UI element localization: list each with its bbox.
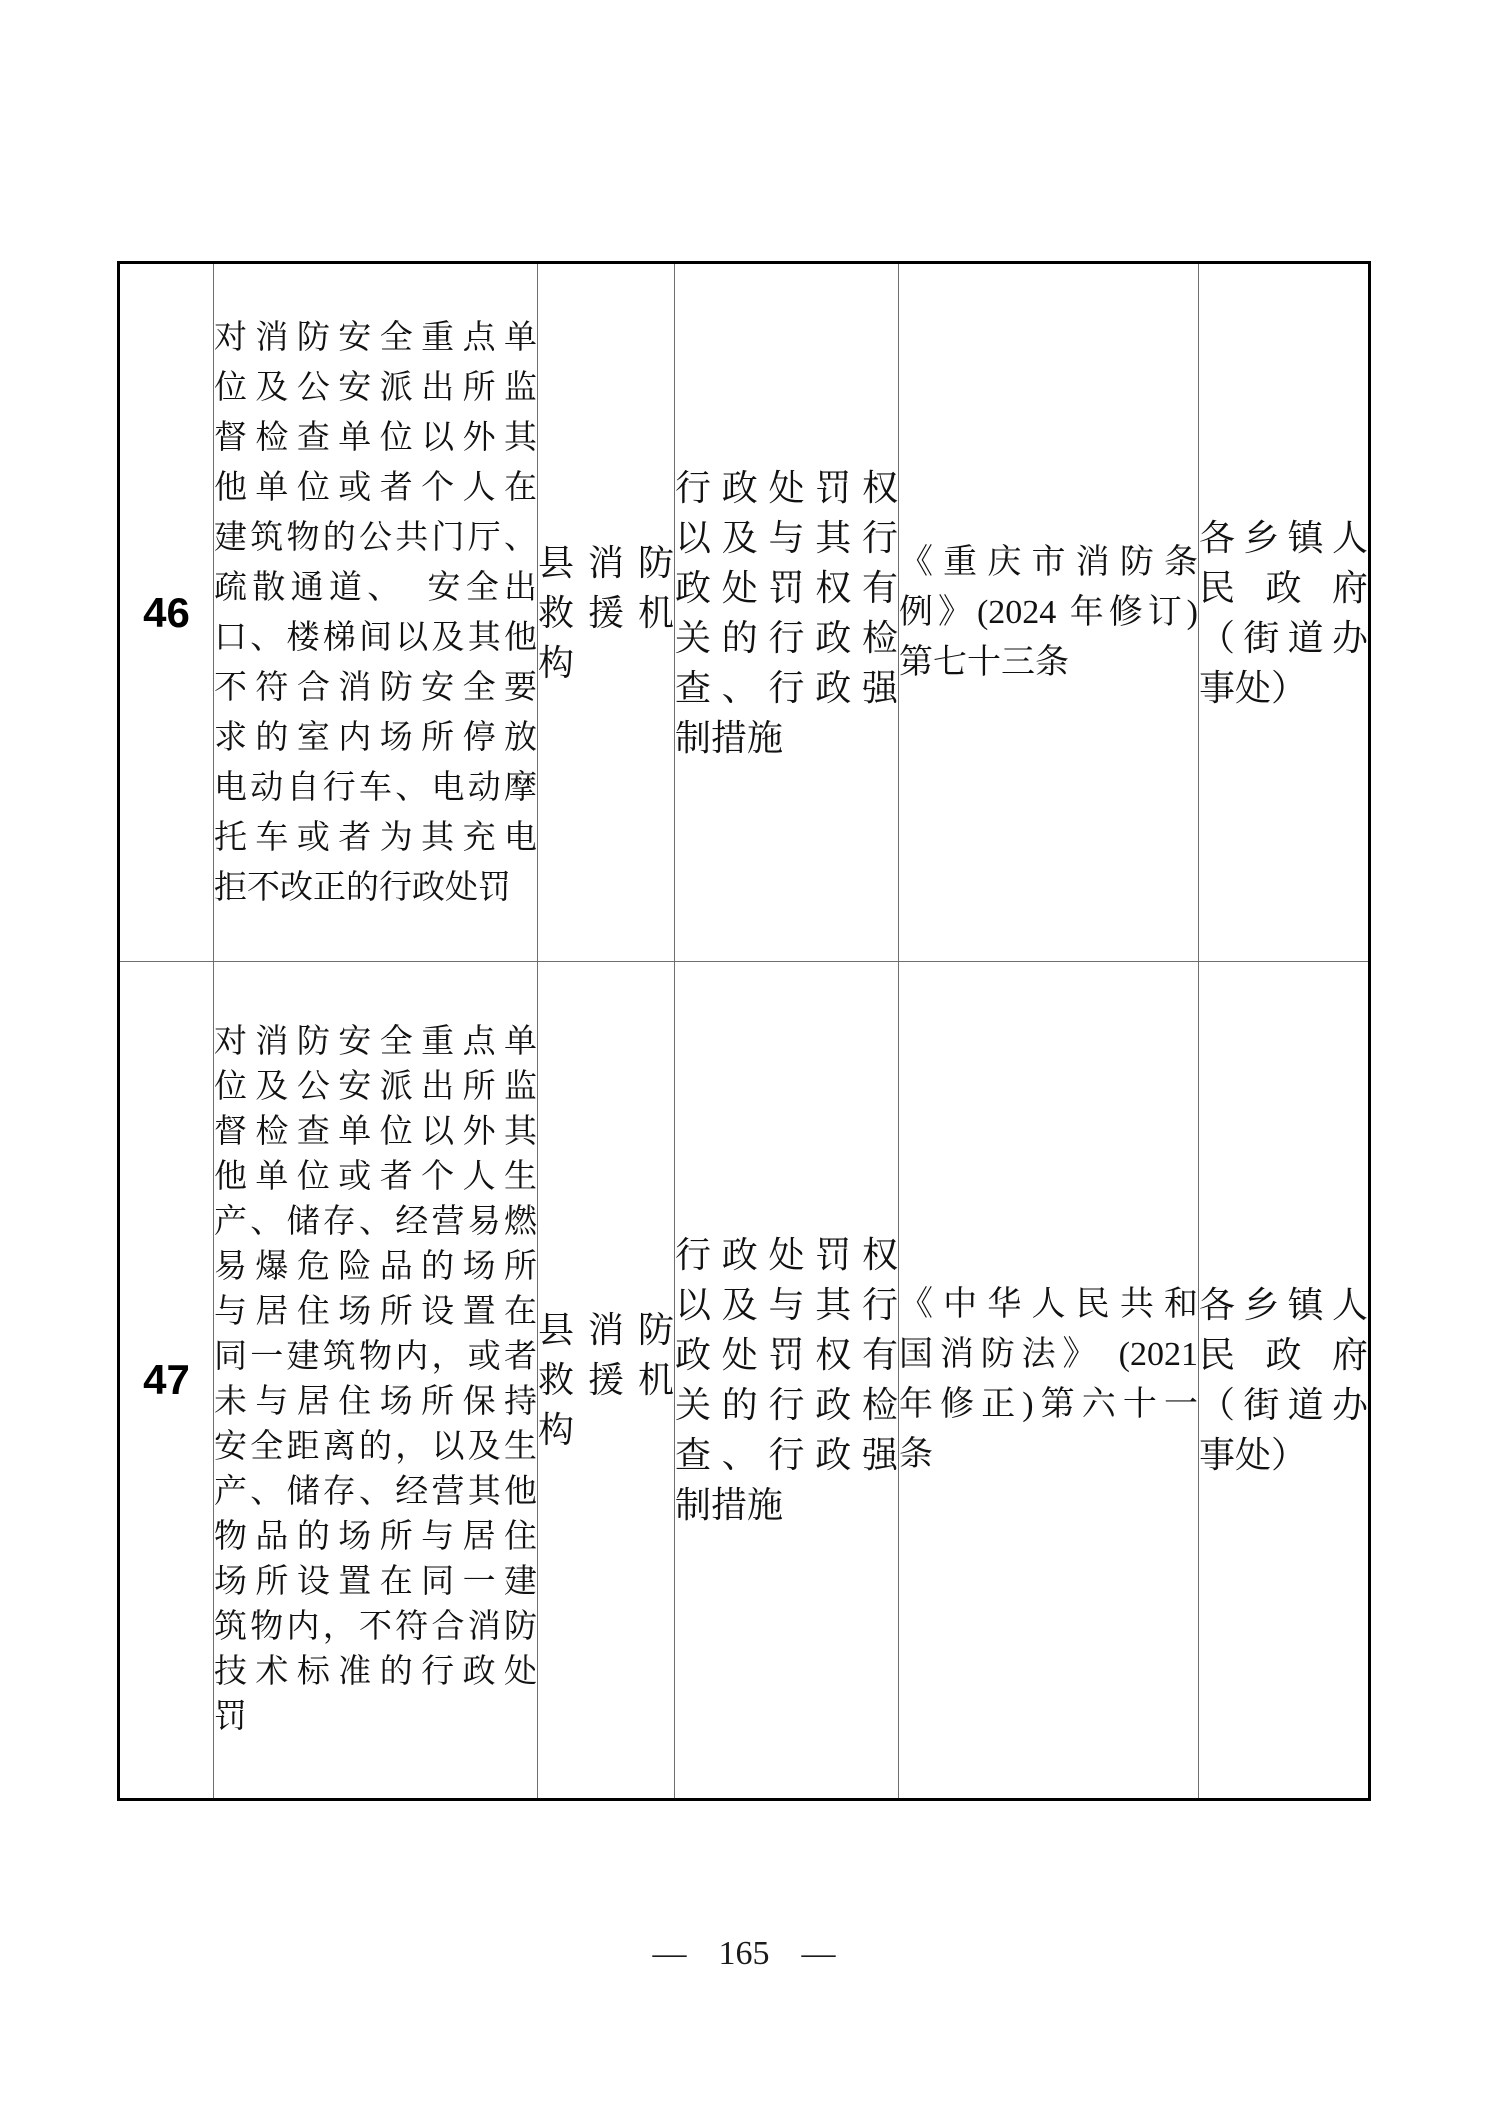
row-number-cell: 47 <box>119 962 214 1800</box>
matter-text: 对消防安全重点单位及公安派出所监督检查单位以外其他单位或者个人生产、储存、经营易… <box>214 1020 537 1740</box>
row-number: 47 <box>143 1356 190 1403</box>
agency-cell: 县消防救援机构 <box>538 962 675 1800</box>
matter-cell: 对消防安全重点单位及公安派出所监督检查单位以外其他单位或者个人在建筑物的公共门厅… <box>214 263 538 962</box>
agency-text: 县消防救援机构 <box>538 538 674 688</box>
page-number: 165 <box>719 1934 770 1974</box>
implementer-cell: 各乡镇人民政府（街道办事处） <box>1199 263 1370 962</box>
table-row: 47 对消防安全重点单位及公安派出所监督检查单位以外其他单位或者个人生产、储存、… <box>119 962 1370 1800</box>
legal-basis-cell: 《重庆市消防条例》(2024 年修订)第七十三条 <box>899 263 1199 962</box>
agency-text: 县消防救援机构 <box>538 1305 674 1455</box>
matter-text: 对消防安全重点单位及公安派出所监督检查单位以外其他单位或者个人在建筑物的公共门厅… <box>214 313 537 913</box>
powers-text: 行政处罚权以及与其行政处罚权有关的行政检查、行政强制措施 <box>675 1230 898 1530</box>
powers-cell: 行政处罚权以及与其行政处罚权有关的行政检查、行政强制措施 <box>675 962 899 1800</box>
legal-basis-text: 《重庆市消防条例》(2024 年修订)第七十三条 <box>899 538 1198 688</box>
legal-basis-text: 《中华人民共和国消防法》 (2021年修正)第六十一条 <box>899 1280 1198 1480</box>
implementer-text: 各乡镇人民政府（街道办事处） <box>1199 1280 1368 1480</box>
matter-cell: 对消防安全重点单位及公安派出所监督检查单位以外其他单位或者个人生产、储存、经营易… <box>214 962 538 1800</box>
legal-basis-cell: 《中华人民共和国消防法》 (2021年修正)第六十一条 <box>899 962 1199 1800</box>
powers-cell: 行政处罚权以及与其行政处罚权有关的行政检查、行政强制措施 <box>675 263 899 962</box>
footer-dash-right: — <box>802 1934 836 1974</box>
row-number-cell: 46 <box>119 263 214 962</box>
row-number: 46 <box>143 589 190 636</box>
document-page: 46 对消防安全重点单位及公安派出所监督检查单位以外其他单位或者个人在建筑物的公… <box>0 0 1488 2105</box>
implementer-cell: 各乡镇人民政府（街道办事处） <box>1199 962 1370 1800</box>
implementer-text: 各乡镇人民政府（街道办事处） <box>1199 513 1368 713</box>
penalty-items-table: 46 对消防安全重点单位及公安派出所监督检查单位以外其他单位或者个人在建筑物的公… <box>117 261 1371 1801</box>
agency-cell: 县消防救援机构 <box>538 263 675 962</box>
table-row: 46 对消防安全重点单位及公安派出所监督检查单位以外其他单位或者个人在建筑物的公… <box>119 263 1370 962</box>
footer-dash-left: — <box>653 1934 687 1974</box>
powers-text: 行政处罚权以及与其行政处罚权有关的行政检查、行政强制措施 <box>675 463 898 763</box>
page-footer: — 165 — <box>0 1934 1488 1974</box>
